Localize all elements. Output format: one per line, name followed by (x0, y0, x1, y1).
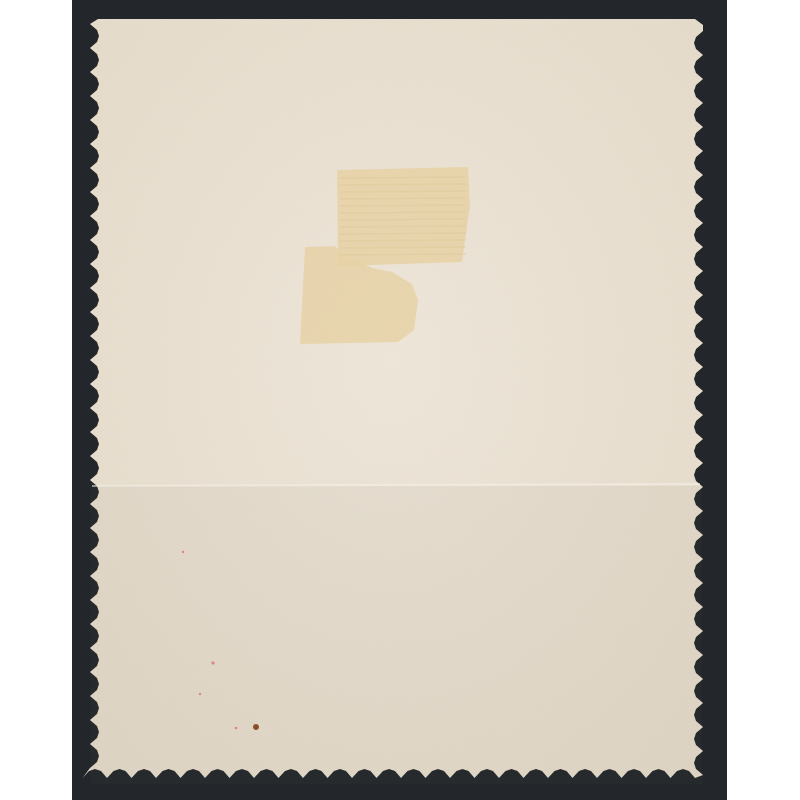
horizontal-fold (90, 484, 702, 784)
stamp-back (0, 0, 800, 800)
hinge-remnant-upper (337, 167, 470, 266)
